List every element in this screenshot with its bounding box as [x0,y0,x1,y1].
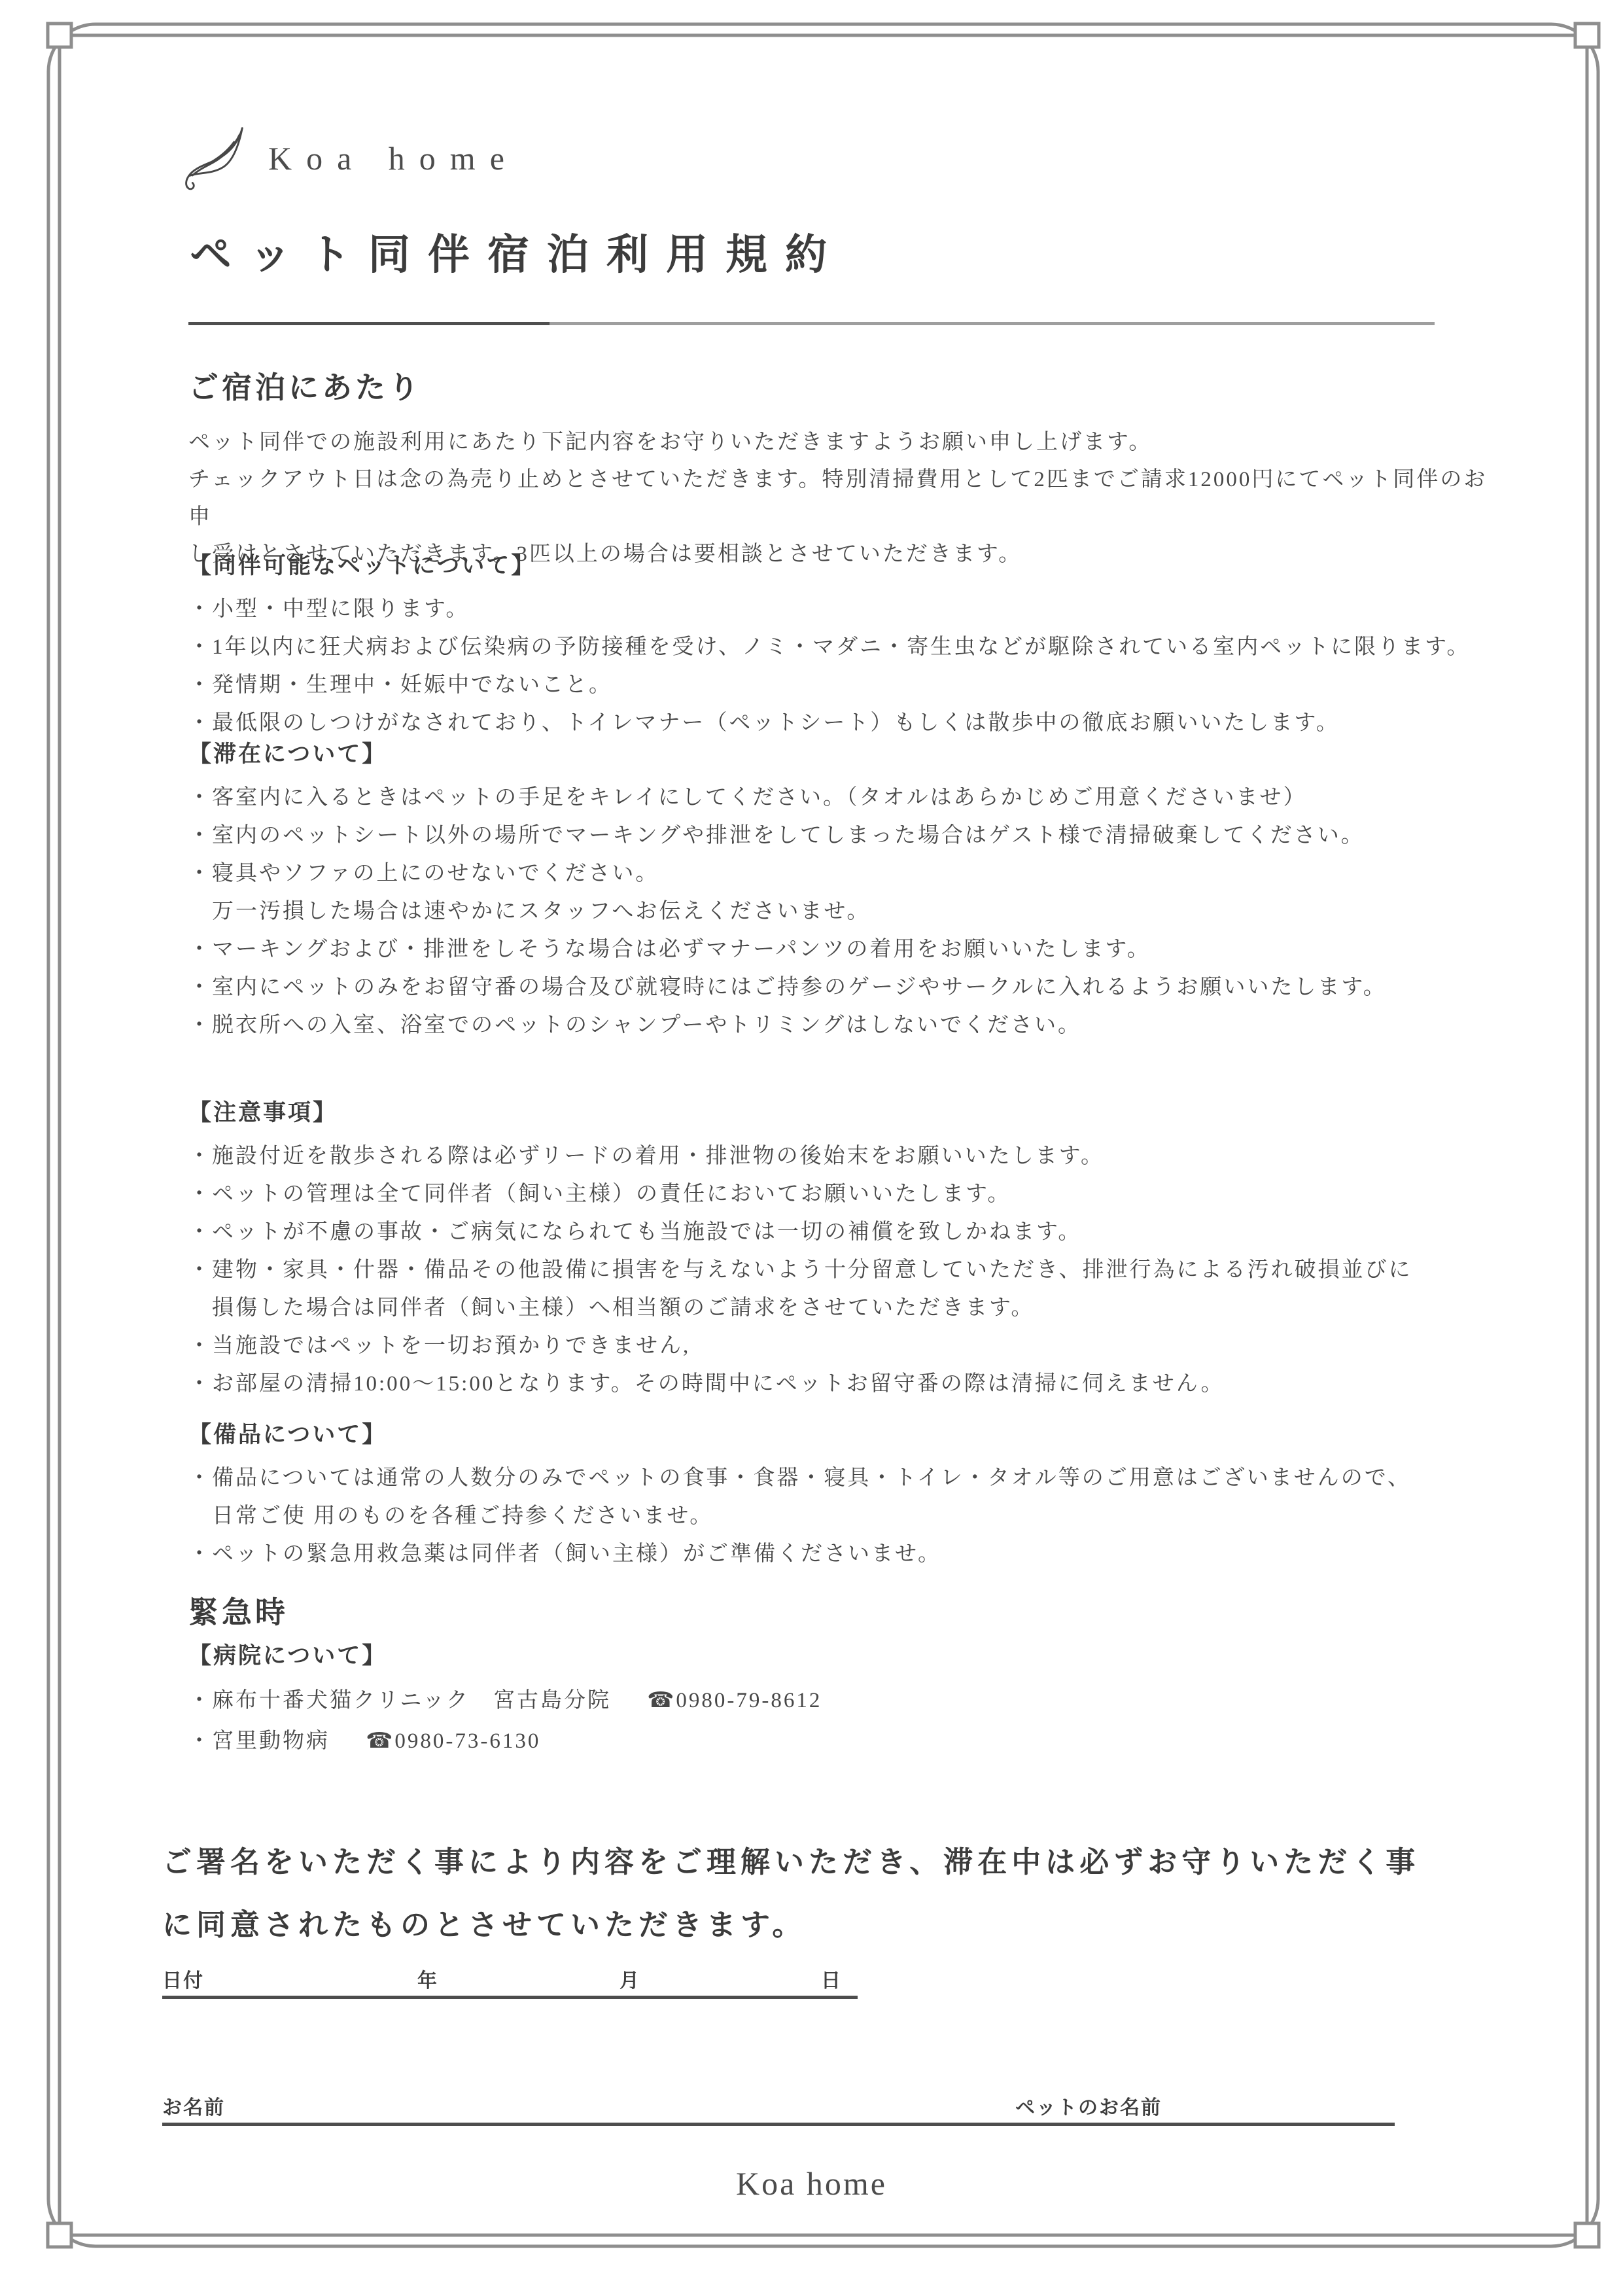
section-heading-stay: ご宿泊にあたり [188,364,422,407]
subsection-heading-during-stay: 【滞在について】 [188,739,1490,769]
list-item: 万一汚損した場合は速やかにスタッフへお伝えくださいませ。 [188,892,1490,930]
brand-logo: Koa home [182,126,519,191]
list-item: ・室内のペットシート以外の場所でマーキングや排泄をしてしまった場合はゲスト様で清… [188,817,1490,855]
list-item: ・発情期・生理中・妊娠中でないこと。 [188,666,1490,704]
date-field-row: 日付 年 月 日 [162,1963,858,1999]
subsection-heading-companion: 【同伴可能なペットについて】 [188,551,1490,581]
feather-logo-icon [182,126,246,191]
hospital-entry: ・宮里動物病 ☎0980-73-6130 [188,1721,1490,1761]
list-item: ・お部屋の清掃10:00～15:00となります。その時間中にペットお留守番の際は… [188,1365,1490,1403]
month-label: 月 [620,1964,640,1993]
hospital-phone: ☎0980-73-6130 [366,1729,540,1753]
subsection-amenities: 【備品について】 ・備品については通常の人数分のみでペットの食事・食器・寝具・ト… [188,1420,1490,1573]
list-item: 日常ご使 用のものを各種ご持参くださいませ。 [188,1497,1490,1535]
list-item: ・室内にペットのみをお留守番の場合及び就寝時にはご持参のゲージやサークルに入れる… [188,968,1490,1006]
hospital-phone: ☎0980-79-8612 [647,1689,822,1712]
subsection-hospitals: 【病院について】 ・麻布十番犬猫クリニック 宮古島分院 ☎0980-79-861… [188,1641,1490,1761]
subsection-heading-notes: 【注意事項】 [188,1098,1490,1128]
hospital-name: ・宮里動物病 [188,1729,330,1753]
list-item: ・マーキングおよび・排泄をしそうな場合は必ずマナーパンツの着用をお願いいたします… [188,930,1490,968]
list-item: ご署名をいただく事により内容をご理解いただき、滞在中は必ずお守りいただく事 [162,1831,1503,1894]
subsection-companion-pets: 【同伴可能なペットについて】 ・小型・中型に限ります。・1年以内に狂犬病および伝… [188,551,1490,742]
subsection-during-stay: 【滞在について】 ・客室内に入るときはペットの手足をキレイにしてください。（タオ… [188,739,1490,1044]
name-field-row: お名前 ペットのお名前 [162,2090,1395,2126]
page-title: ペット同伴宿泊利用規約 [190,221,845,281]
section-heading-emergency: 緊急時 [188,1589,288,1632]
list-item: ・1年以内に狂犬病および伝染病の予防接種を受け、ノミ・マダニ・寄生虫などが駆除さ… [188,628,1490,666]
list-item: ・最低限のしつけがなされており、トイレマナー（ペットシート）もしくは散歩中の徹底… [188,704,1490,742]
list-item: ・ペットの緊急用救急薬は同伴者（飼い主様）がご準備くださいませ。 [188,1535,1490,1573]
footer-brand: Koa home [0,2164,1623,2202]
during-stay-rules-list: ・客室内に入るときはペットの手足をキレイにしてください。（タオルはあらかじめご用… [188,779,1490,1044]
list-item: ・当施設ではペットを一切お預かりできません, [188,1327,1490,1365]
amenities-rules-list: ・備品については通常の人数分のみでペットの食事・食器・寝具・トイレ・タオル等のご… [188,1459,1490,1573]
agreement-statement: ご署名をいただく事により内容をご理解いただき、滞在中は必ずお守りいただく事に同意… [162,1831,1503,1956]
divider-dark-segment [188,322,550,325]
notes-rules-list: ・施設付近を散歩される際は必ずリードの着用・排泄物の後始末をお願いいたします。・… [188,1137,1490,1403]
subsection-heading-hospital: 【病院について】 [188,1641,1490,1671]
list-item: ・小型・中型に限ります。 [188,590,1490,628]
list-item: ・備品については通常の人数分のみでペットの食事・食器・寝具・トイレ・タオル等のご… [188,1459,1490,1497]
hospital-name: ・麻布十番犬猫クリニック 宮古島分院 [188,1689,611,1712]
list-item: 損傷した場合は同伴者（飼い主様）へ相当額のご請求をさせていただきます。 [188,1289,1490,1327]
list-item: ・施設付近を散歩される際は必ずリードの着用・排泄物の後始末をお願いいたします。 [188,1137,1490,1175]
divider-light-segment [550,322,1435,325]
companion-rules-list: ・小型・中型に限ります。・1年以内に狂犬病および伝染病の予防接種を受け、ノミ・マ… [188,590,1490,742]
subsection-notes: 【注意事項】 ・施設付近を散歩される際は必ずリードの着用・排泄物の後始末をお願い… [188,1098,1490,1403]
list-item: ・寝具やソファの上にのせないでください。 [188,855,1490,892]
list-item: ペット同伴での施設利用にあたり下記内容をお守りいただきますようお願い申し上げます… [188,424,1490,461]
list-item: ・脱衣所への入室、浴室でのペットのシャンプーやトリミングはしないでください。 [188,1006,1490,1044]
list-item: ・建物・家具・什器・備品その他設備に損害を与えないよう十分留意していただき、排泄… [188,1251,1490,1289]
date-label: 日付 [162,1964,204,1993]
list-item: ・客室内に入るときはペットの手足をキレイにしてください。（タオルはあらかじめご用… [188,779,1490,817]
year-label: 年 [417,1964,438,1993]
pet-name-label: ペットのお名前 [1015,2091,1162,2120]
list-item: チェックアウト日は念の為売り止めとさせていただきます。特別清掃費用として2匹まで… [188,461,1490,536]
subsection-heading-amenities: 【備品について】 [188,1420,1490,1450]
brand-name: Koa home [268,139,519,177]
day-label: 日 [821,1964,842,1993]
list-item: に同意されたものとさせていただきます。 [162,1894,1503,1956]
hospital-entry: ・麻布十番犬猫クリニック 宮古島分院 ☎0980-79-8612 [188,1680,1490,1721]
guest-name-label: お名前 [162,2091,225,2120]
list-item: ・ペットの管理は全て同伴者（飼い主様）の責任においてお願いいたします。 [188,1175,1490,1213]
title-divider [188,322,1435,325]
list-item: ・ペットが不慮の事故・ご病気になられても当施設では一切の補償を致しかねます。 [188,1213,1490,1251]
document-page: Koa home ペット同伴宿泊利用規約 ご宿泊にあたり ペット同伴での施設利用… [0,0,1623,2296]
